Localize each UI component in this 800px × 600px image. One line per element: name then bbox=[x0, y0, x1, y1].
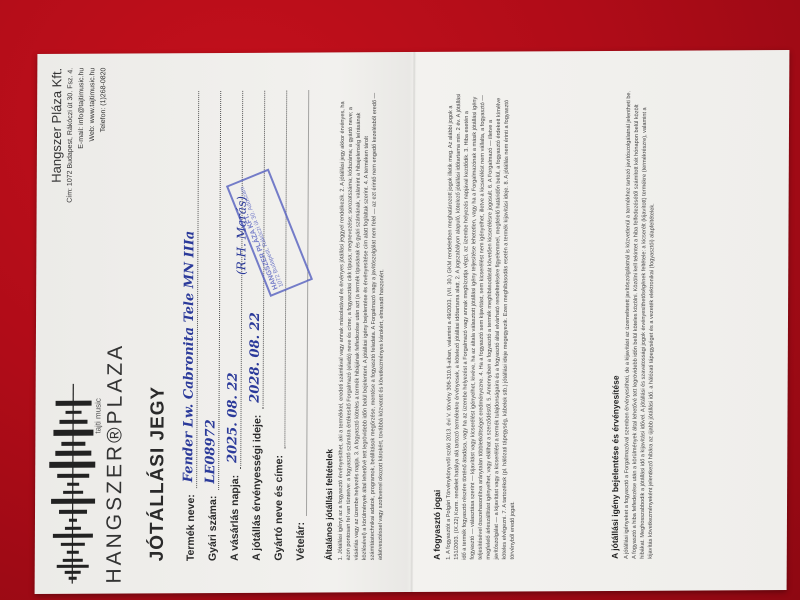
warranty-document: HANGSZER®PLAZA tajti music Hangszer Pláz… bbox=[35, 50, 790, 594]
field-product-name: Termék neve: Fender Lw. Cabronita Tele M… bbox=[175, 91, 199, 561]
soundwave-logo-icon bbox=[47, 384, 98, 584]
warranty-card-paper: HANGSZER®PLAZA tajti music Hangszer Pláz… bbox=[35, 50, 790, 594]
section-consumer-rights: A fogyasztó jogai 1. A fogyasztót a Polg… bbox=[433, 89, 519, 559]
section-claim-procedure: A jótállási igény bejelentése és érvénye… bbox=[611, 89, 657, 559]
section-general-terms: Általános jótállási feltételek 1. Jótáll… bbox=[325, 90, 387, 560]
warranty-fields: Termék neve: Fender Lw. Cabronita Tele M… bbox=[175, 91, 309, 562]
handwritten-value: 2028. 08. 22 bbox=[248, 312, 263, 403]
brand-name: HANGSZER®PLAZA bbox=[103, 343, 128, 584]
section-text: A jótállási igényeket a fogyasztó a Forg… bbox=[623, 89, 657, 559]
handwritten-value: 2025. 08. 22 bbox=[225, 372, 240, 463]
company-name: Hangszer Pláza Kft. bbox=[51, 68, 63, 203]
company-info: Hangszer Pláza Kft. Cím: 1072 Budapest, … bbox=[51, 68, 110, 203]
field-label: Vételár: bbox=[295, 522, 307, 561]
section-heading: A fogyasztó jogai bbox=[433, 90, 443, 560]
company-address: Cím: 1072 Budapest, Rákóczi út 30. Fsz. … bbox=[65, 68, 77, 203]
field-label: Gyártó neve és címe: bbox=[273, 455, 286, 561]
field-label: Termék neve: bbox=[185, 494, 197, 561]
field-manufacturer: Gyártó neve és címe: bbox=[263, 91, 287, 561]
hangszer-plaza-logo: HANGSZER®PLAZA tajti music bbox=[41, 353, 142, 584]
handwritten-value: LE08972 bbox=[203, 419, 218, 483]
field-price: Vételár: bbox=[285, 91, 309, 561]
field-warranty-expiry: A jótállás érvényességi ideje: 2028. 08.… bbox=[241, 91, 265, 561]
section-heading: Általános jótállási feltételek bbox=[325, 90, 335, 560]
field-serial-number: Gyári száma: LE08972 bbox=[197, 91, 221, 561]
company-phone: Telefon: (1)268-0820 bbox=[98, 68, 110, 203]
brand-subtitle: tajti music bbox=[93, 398, 102, 434]
section-heading: A jótállási igény bejelentése és érvénye… bbox=[611, 89, 621, 559]
section-text: 1. A fogyasztót a Polgári Törvénykönyvrő… bbox=[445, 89, 519, 559]
field-label: A vásárlás napja: bbox=[229, 475, 241, 561]
handwritten-value: Fender Lw. Cabronita Tele MN IIIa bbox=[181, 231, 197, 483]
section-text: 1. Jótállási igényt az a fogyasztó érvén… bbox=[337, 90, 387, 560]
signature: (R.H. Marás) bbox=[234, 196, 248, 275]
field-purchase-date: A vásárlás napja: 2025. 08. 22 bbox=[219, 91, 243, 561]
field-label: A jótállás érvényességi ideje: bbox=[251, 415, 264, 561]
company-web: Web: www.tajtimusic.hu bbox=[87, 68, 99, 203]
document-terms-half: A fogyasztó jogai 1. A fogyasztót a Polg… bbox=[411, 50, 790, 592]
company-email: E-mail: info@tajtimusic.hu bbox=[76, 68, 88, 203]
document-title: JÓTÁLLÁSI JEGY bbox=[147, 386, 170, 562]
document-header-half: HANGSZER®PLAZA tajti music Hangszer Pláz… bbox=[35, 52, 414, 594]
field-label: Gyári száma: bbox=[207, 496, 219, 561]
